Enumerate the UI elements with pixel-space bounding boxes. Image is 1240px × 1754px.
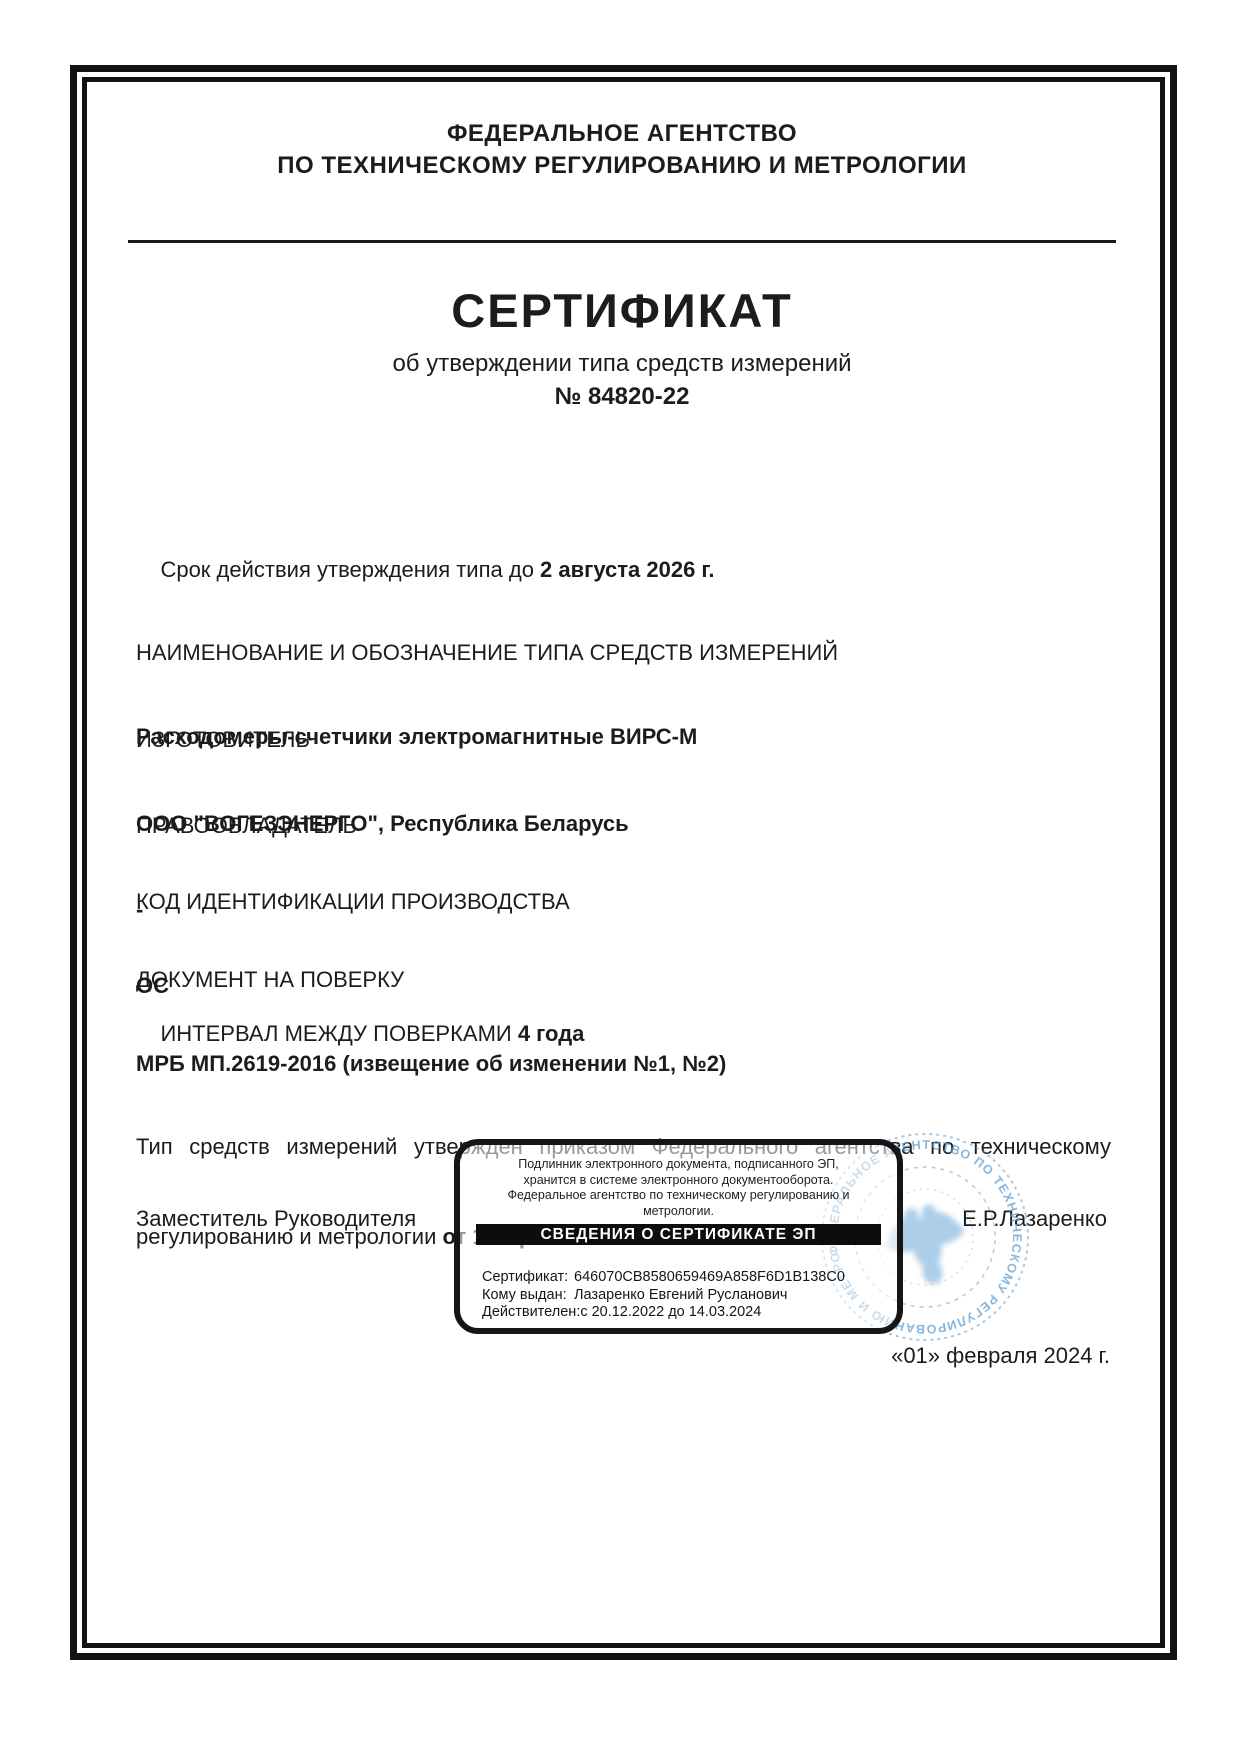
interval-value: 4 года — [518, 1021, 585, 1046]
esign-row-value: Лазаренко Евгений Русланович — [574, 1287, 787, 1303]
certificate-number: № 84820-22 — [136, 383, 1108, 411]
signer-position: Заместитель Руководителя — [136, 1206, 416, 1232]
field-label: ИЗГОТОВИТЕЛЬ — [136, 726, 1111, 754]
field-label: ДОКУМЕНТ НА ПОВЕРКУ — [136, 966, 1111, 994]
agency-name-line1: ФЕДЕРАЛЬНОЕ АГЕНТСТВО — [136, 118, 1108, 150]
esign-notice-line1: Подлинник электронного документа, подпис… — [470, 1157, 887, 1173]
document-title: СЕРТИФИКАТ — [136, 283, 1108, 338]
agency-header: ФЕДЕРАЛЬНОЕ АГЕНТСТВО ПО ТЕХНИЧЕСКОМУ РЕ… — [136, 118, 1108, 182]
esign-row-key: Сертификат: — [482, 1269, 574, 1287]
verification-interval-line: ИНТЕРВАЛ МЕЖДУ ПОВЕРКАМИ 4 года — [136, 992, 1111, 1076]
validity-date: 2 августа 2026 г. — [540, 557, 714, 582]
esign-notice-line4: метрологии. — [470, 1204, 887, 1220]
esign-row-certificate: Сертификат:646070CB8580659469A858F6D1B13… — [482, 1269, 897, 1287]
esign-row-valid-period: Действителен:с 20.12.2022 до 14.03.2024 — [482, 1304, 897, 1322]
validity-prefix: Срок действия утверждения типа до — [160, 557, 540, 582]
esign-notice-line2: хранится в системе электронного документ… — [470, 1173, 887, 1189]
agency-name-line2: ПО ТЕХНИЧЕСКОМУ РЕГУЛИРОВАНИЮ И МЕТРОЛОГ… — [136, 150, 1108, 182]
esign-notice: Подлинник электронного документа, подпис… — [470, 1157, 887, 1219]
esign-row-key: Кому выдан: — [482, 1287, 574, 1305]
esign-notice-line3: Федеральное агентство по техническому ре… — [470, 1188, 887, 1204]
header-divider — [128, 240, 1116, 243]
field-label: НАИМЕНОВАНИЕ И ОБОЗНАЧЕНИЕ ТИПА СРЕДСТВ … — [136, 639, 1111, 667]
esign-row-issued-to: Кому выдан:Лазаренко Евгений Русланович — [482, 1287, 897, 1305]
document-subtitle: об утверждении типа средств измерений — [136, 350, 1108, 378]
esign-row-value: с 20.12.2022 до 14.03.2024 — [580, 1304, 761, 1320]
esign-certificate-details: Сертификат:646070CB8580659469A858F6D1B13… — [482, 1269, 897, 1322]
esign-row-value: 646070CB8580659469A858F6D1B138C0 — [574, 1269, 845, 1285]
interval-prefix: ИНТЕРВАЛ МЕЖДУ ПОВЕРКАМИ — [160, 1021, 517, 1046]
esign-certificate-info-bar: СВЕДЕНИЯ О СЕРТИФИКАТЕ ЭП — [476, 1224, 881, 1245]
electronic-signature-box: Подлинник электронного документа, подпис… — [454, 1139, 903, 1334]
certificate-page: ФЕДЕРАЛЬНОЕ АГЕНТСТВО ПО ТЕХНИЧЕСКОМУ РЕ… — [0, 0, 1240, 1754]
esign-row-key: Действителен: — [482, 1304, 580, 1322]
